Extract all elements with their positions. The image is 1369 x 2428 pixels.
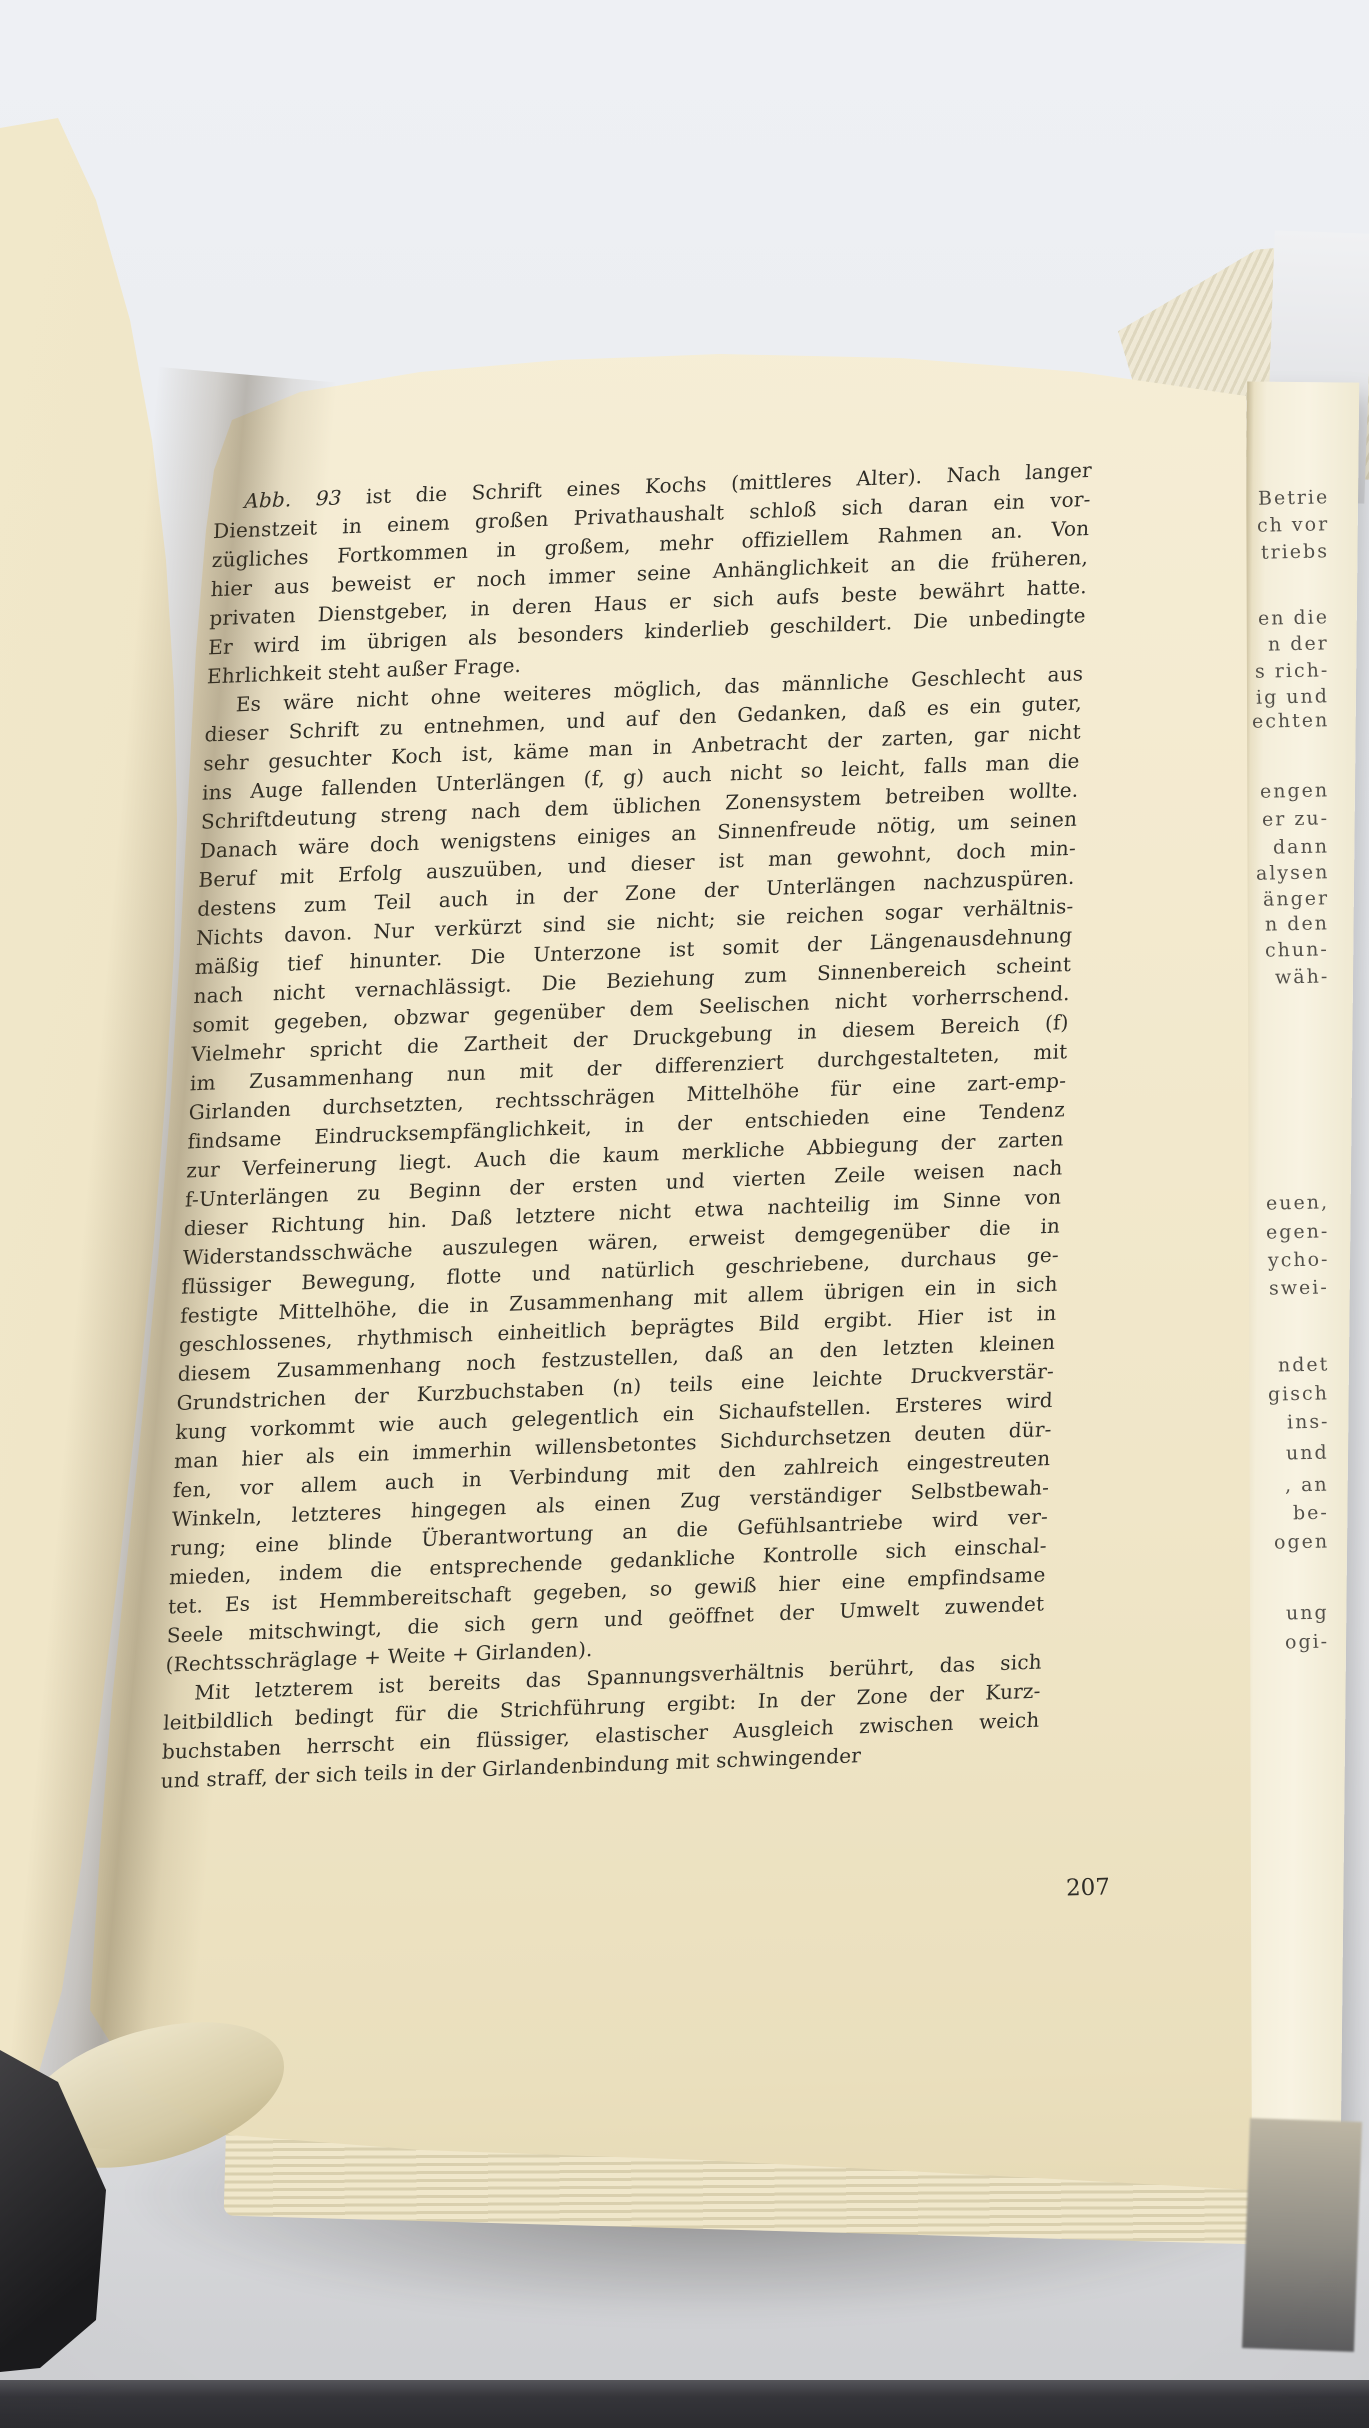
fore-edge-text-fragment: swei- [1269,1276,1329,1299]
table-edge [0,2380,1369,2428]
fore-edge-text-fragment: gisch [1268,1382,1329,1405]
page-text: Abb. 93 ist die Schrift eines Kochs (mit… [160,456,1092,1796]
fore-edge-text-fragment: ndet [1277,1353,1329,1376]
fore-edge-text-fragment: be- [1293,1502,1329,1525]
fore-edge-text-fragment: n der [1268,632,1329,655]
fore-edge-text-fragment: ogi- [1285,1631,1330,1654]
fore-edge-text-fragment: ch vor [1257,513,1330,537]
fore-edge-text-fragment: echten [1252,709,1330,733]
fore-edge-text-fragment: ycho- [1267,1248,1329,1271]
fore-edge-text-fragment: änger [1263,887,1330,910]
fore-edge-text-fragment: ung [1286,1602,1329,1625]
fore-edge-text-fragment: ins- [1286,1411,1329,1434]
fore-edge-text-fragment: triebs [1261,540,1329,563]
fore-edge-text-fragment: und [1286,1442,1329,1465]
fore-edge-text-fragment: er zu- [1262,807,1329,830]
fore-edge-text-fragment: engen [1260,779,1330,802]
fore-edge-text-fragment: ig und [1256,685,1329,709]
fore-edge-text-fragment: s rich- [1255,659,1330,683]
book-photo: Betriech vortriebsen dien ders rich-ig u… [0,0,1369,2428]
fore-edge-text-fragment: euen, [1266,1191,1329,1214]
figure-reference: Abb. 93 [244,484,367,513]
fore-edge-text-fragment: egen- [1265,1220,1329,1243]
fore-edge-text-fragment: Betrie [1258,486,1330,509]
fore-edge-text-fragment: n den [1265,912,1329,935]
page-number: 207 [990,1874,1111,1903]
fore-edge-text-fragment: chun- [1265,938,1329,961]
fore-edge-text-fragment: wäh- [1275,965,1330,988]
fore-edge-text-fragment: ogen [1274,1530,1330,1553]
jacket-bottom-right [1242,2118,1362,2352]
fore-edge-text-fragment: en die [1258,606,1329,629]
fore-edge-text-fragment: , an [1285,1474,1329,1497]
fore-edge-text-fragment: dann [1273,835,1329,858]
fore-edge-text-fragment: alysen [1255,861,1329,885]
